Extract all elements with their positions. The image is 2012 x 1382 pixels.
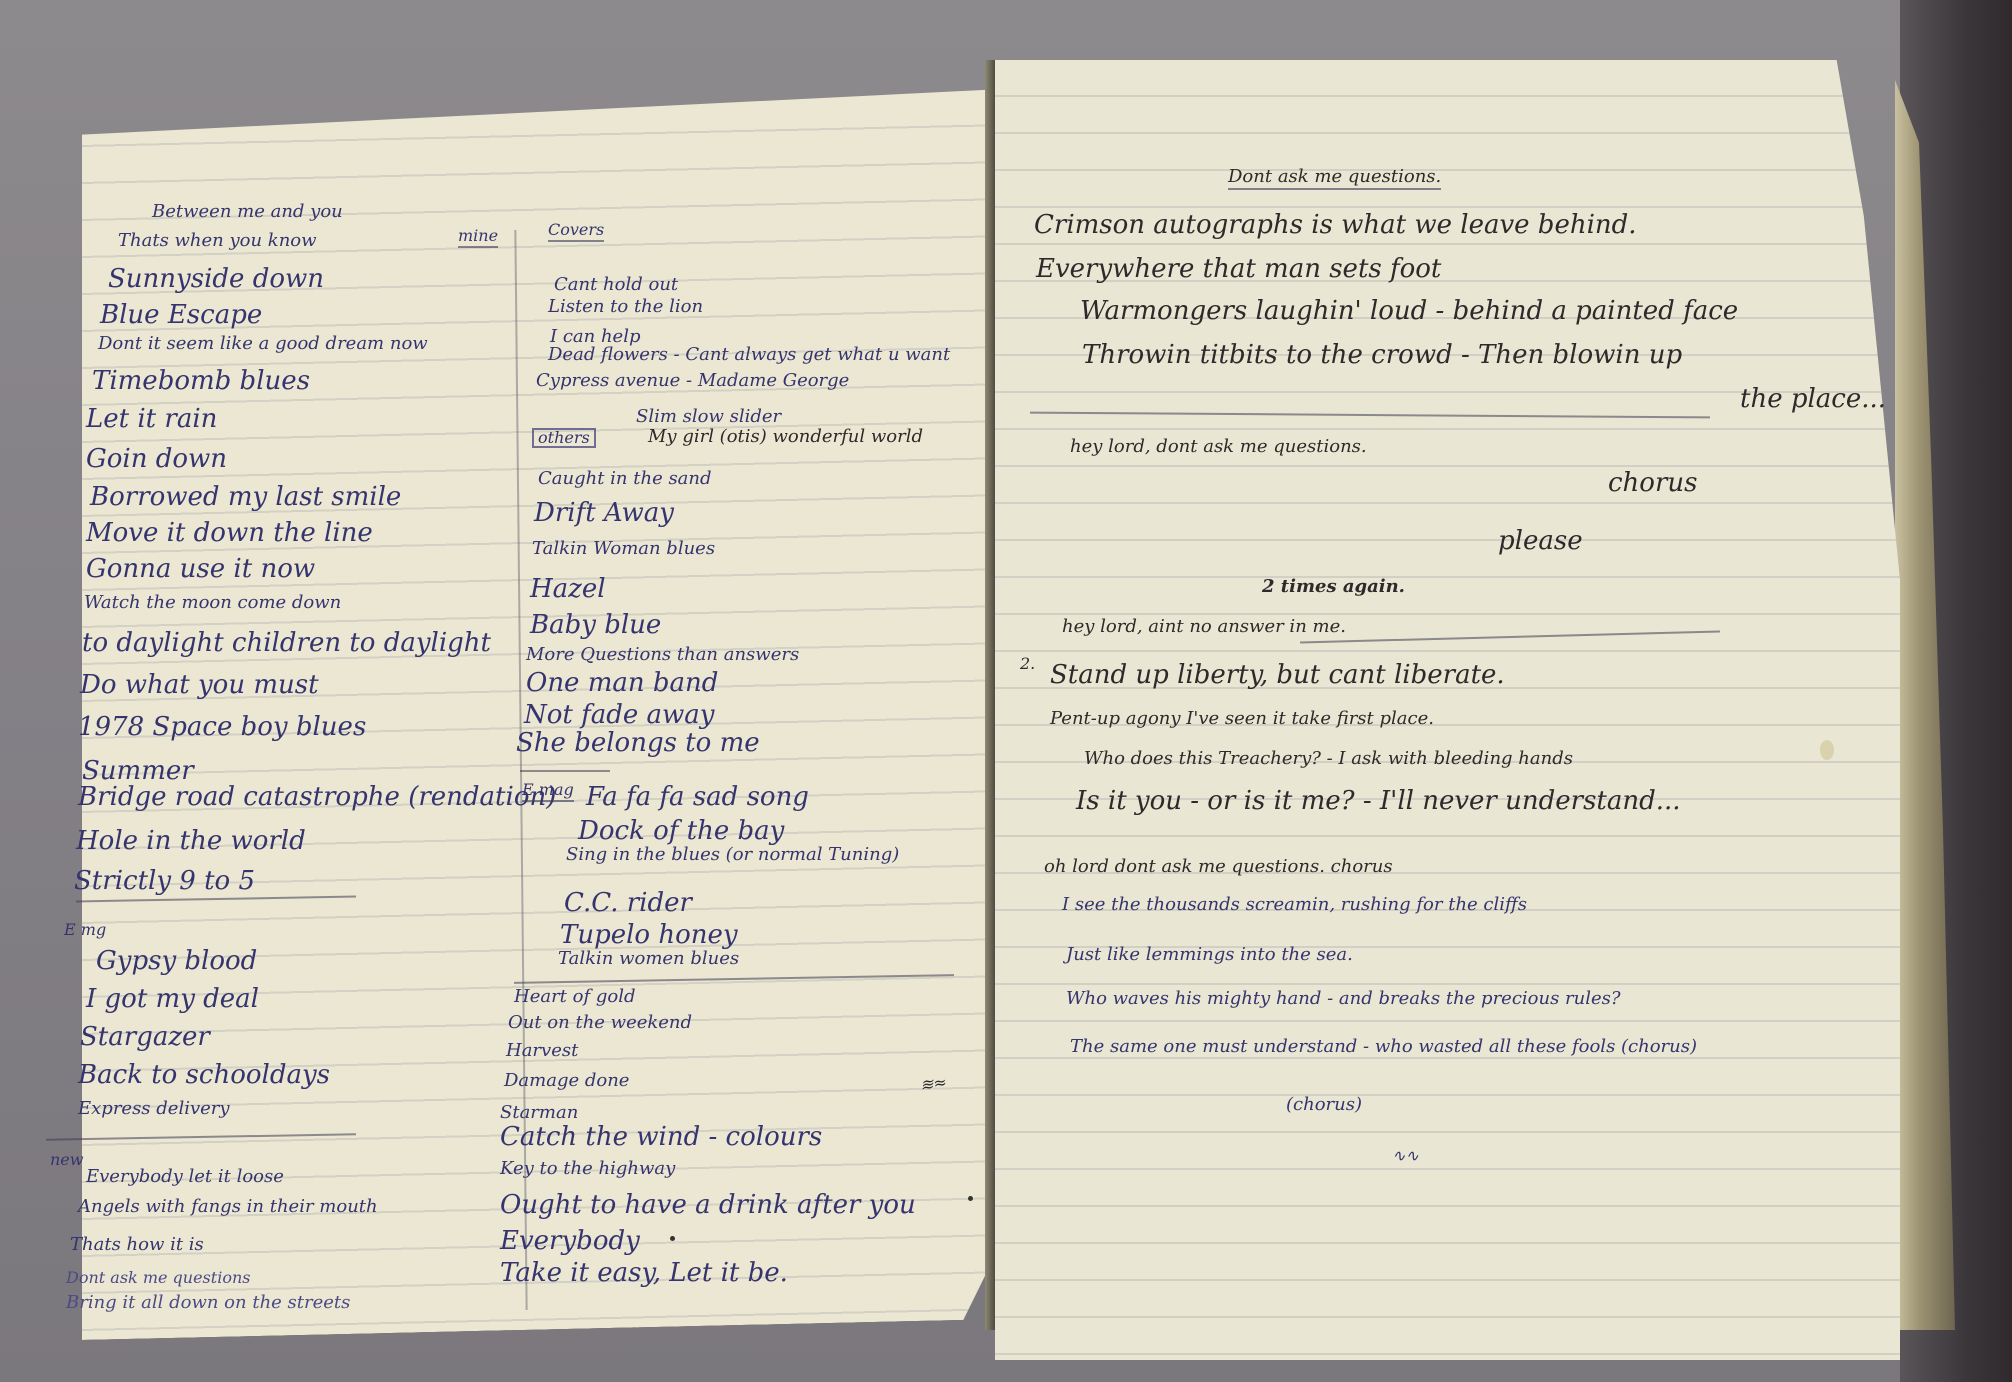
chorus-line: hey lord, aint no answer in me. xyxy=(1062,618,1346,636)
song-title: Bridge road catastrophe (rendation) xyxy=(78,784,556,810)
bullet-dot xyxy=(968,1196,973,1201)
song-title: Dock of the bay xyxy=(578,818,784,844)
margin-doodle-icon: ∿∿ xyxy=(1392,1148,1419,1164)
song-title: Talkin Woman blues xyxy=(532,540,715,558)
lyric-line: Pent-up agony I've seen it take first pl… xyxy=(1050,710,1434,728)
lyric-line: Who waves his mighty hand - and breaks t… xyxy=(1066,990,1621,1008)
song-title: Move it down the line xyxy=(86,520,373,546)
song-title-heading: Dont ask me questions. xyxy=(1228,168,1441,190)
song-title: Let it rain xyxy=(86,406,217,432)
repeat-note: 2 times again. xyxy=(1262,578,1405,596)
song-title: Blue Escape xyxy=(100,302,262,328)
song-title: Everybody let it loose xyxy=(86,1168,284,1186)
margin-scribble: ≋≈ xyxy=(919,1074,948,1094)
section-label: new xyxy=(50,1152,83,1168)
song-title: Take it easy, Let it be. xyxy=(500,1260,788,1286)
song-title: Sing in the blues (or normal Tuning) xyxy=(566,846,899,864)
song-title: Angels with fangs in their mouth xyxy=(78,1198,378,1216)
column-header-note: mine xyxy=(458,228,498,248)
song-title: She belongs to me xyxy=(516,730,760,756)
song-title: Starman xyxy=(500,1104,578,1122)
song-title: Between me and you xyxy=(152,203,343,221)
song-title: Fa fa fa sad song xyxy=(586,784,809,810)
section-divider-line xyxy=(520,770,610,772)
song-title: Harvest xyxy=(506,1042,578,1060)
verse-number: 2. xyxy=(1020,656,1035,672)
song-title: Do what you must xyxy=(80,672,319,698)
lyric-line: Crimson autographs is what we leave behi… xyxy=(1034,212,1637,238)
lyric-line: Throwin titbits to the crowd - Then blow… xyxy=(1082,342,1682,368)
song-title: Damage done xyxy=(504,1072,629,1090)
song-title: Key to the highway xyxy=(500,1160,675,1178)
lyric-line: The same one must understand - who waste… xyxy=(1070,1038,1697,1056)
song-title: to daylight children to daylight xyxy=(82,630,491,656)
song-title: Watch the moon come down xyxy=(84,594,341,612)
song-title: One man band xyxy=(526,670,718,696)
song-title: 1978 Space boy blues xyxy=(78,714,366,740)
song-title: Sunnyside down xyxy=(108,266,324,292)
song-title: Dont it seem like a good dream now xyxy=(98,335,428,353)
song-title: Thats when you know xyxy=(118,232,317,250)
song-title: Timebomb blues xyxy=(92,368,310,394)
song-title: Ought to have a drink after you xyxy=(500,1192,916,1218)
song-title: Gypsy blood xyxy=(96,948,257,974)
song-title: Caught in the sand xyxy=(538,470,712,488)
section-label: E mg xyxy=(64,922,106,938)
song-title: Not fade away xyxy=(524,702,714,728)
song-title: Everybody xyxy=(500,1228,640,1254)
paper-stain xyxy=(1820,740,1834,760)
song-title: Listen to the lion xyxy=(548,298,703,316)
please-note: please xyxy=(1498,528,1583,554)
song-title: Cypress avenue - Madame George xyxy=(536,372,849,390)
lyric-line: Warmongers laughin' loud - behind a pain… xyxy=(1080,298,1738,324)
song-title: Strictly 9 to 5 xyxy=(74,868,255,894)
song-title: Catch the wind - colours xyxy=(500,1124,822,1150)
song-title: Summer xyxy=(82,758,194,784)
song-title: Drift Away xyxy=(534,500,674,526)
lyric-line: Who does this Treachery? - I ask with bl… xyxy=(1084,750,1573,768)
song-title: Dead flowers - Cant always get what u wa… xyxy=(548,346,950,364)
song-title: Slim slow slider xyxy=(636,408,781,426)
lyric-line: Is it you - or is it me? - I'll never un… xyxy=(1076,788,1681,814)
column-header-note: Covers xyxy=(548,222,604,242)
song-title: Gonna use it now xyxy=(86,556,315,582)
song-title: Heart of gold xyxy=(514,988,636,1006)
others-label: others xyxy=(532,428,596,448)
song-title: Hole in the world xyxy=(76,828,306,854)
song-title: Hazel xyxy=(530,576,606,602)
chorus-marker: chorus xyxy=(1608,470,1697,496)
lyric-line: Stand up liberty, but cant liberate. xyxy=(1050,662,1505,688)
song-title: Dont ask me questions xyxy=(66,1270,250,1286)
song-title: Back to schooldays xyxy=(78,1062,330,1088)
song-title: Express delivery xyxy=(78,1100,230,1118)
lyric-line: I see the thousands screamin, rushing fo… xyxy=(1062,896,1527,914)
song-title: C.C. rider xyxy=(564,890,692,916)
song-title: Out on the weekend xyxy=(508,1014,692,1032)
section-label: E mag xyxy=(522,782,574,802)
lyric-line: Everywhere that man sets foot xyxy=(1036,256,1441,282)
bullet-dot xyxy=(670,1236,675,1241)
song-title: Cant hold out xyxy=(554,276,678,294)
lyric-line: Just like lemmings into the sea. xyxy=(1066,946,1353,964)
song-title: Baby blue xyxy=(530,612,661,638)
chorus-line: hey lord, dont ask me questions. xyxy=(1070,438,1367,456)
song-title: My girl (otis) wonderful world xyxy=(648,428,923,446)
song-title: More Questions than answers xyxy=(526,646,799,664)
lyric-line: oh lord dont ask me questions. chorus xyxy=(1044,858,1393,876)
lyric-line: the place... xyxy=(1740,386,1886,412)
song-title: Stargazer xyxy=(80,1024,210,1050)
song-title: Goin down xyxy=(86,446,227,472)
song-title: Talkin women blues xyxy=(558,950,739,968)
song-title: Tupelo honey xyxy=(560,922,738,948)
song-title: Bring it all down on the streets xyxy=(66,1294,350,1312)
song-title: I got my deal xyxy=(86,986,259,1012)
chorus-repeat-note: (chorus) xyxy=(1286,1096,1362,1114)
song-title: Borrowed my last smile xyxy=(90,484,401,510)
song-title: Thats how it is xyxy=(70,1236,204,1254)
